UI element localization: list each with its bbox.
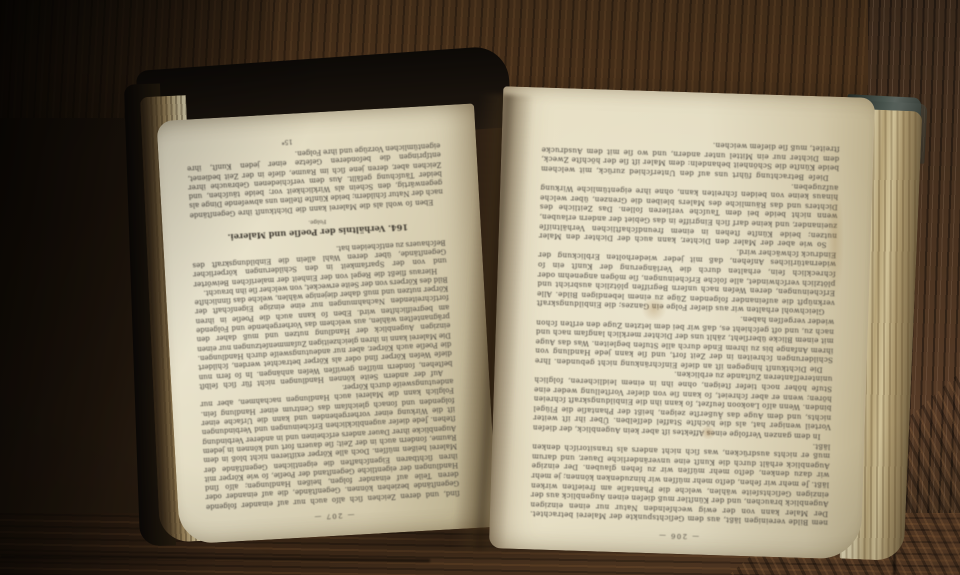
- right-page: — 206 — nem Bilde vereinigen läßt, aus d…: [489, 86, 875, 559]
- left-page: — 207 — ſind, und deren Zeichen ſich alſ…: [156, 103, 497, 544]
- foxing-stain: [700, 426, 716, 439]
- foxing-stain: [640, 298, 668, 320]
- photo-of-open-book-on-table: — 207 — ſind, und deren Zeichen ſich alſ…: [0, 0, 960, 575]
- right-page-number: — 206 —: [529, 526, 827, 545]
- left-page-text-upside-down: — 207 — ſind, und deren Zeichen ſich alſ…: [185, 119, 461, 527]
- page-edge-browning: [826, 180, 844, 300]
- right-page-text-upside-down: — 206 — nem Bilde vereinigen läßt, aus d…: [529, 104, 840, 545]
- right-page-body: nem Bilde vereinigen läßt, aus dem Geſic…: [530, 135, 840, 528]
- left-page-body: ſind, und deren Zeichen ſich alſo auch n…: [192, 237, 460, 511]
- section-opening-paragraph: Eben ſo wohl als die Malerei kann die Di…: [186, 140, 443, 219]
- open-book: — 207 — ſind, und deren Zeichen ſich alſ…: [0, 0, 960, 575]
